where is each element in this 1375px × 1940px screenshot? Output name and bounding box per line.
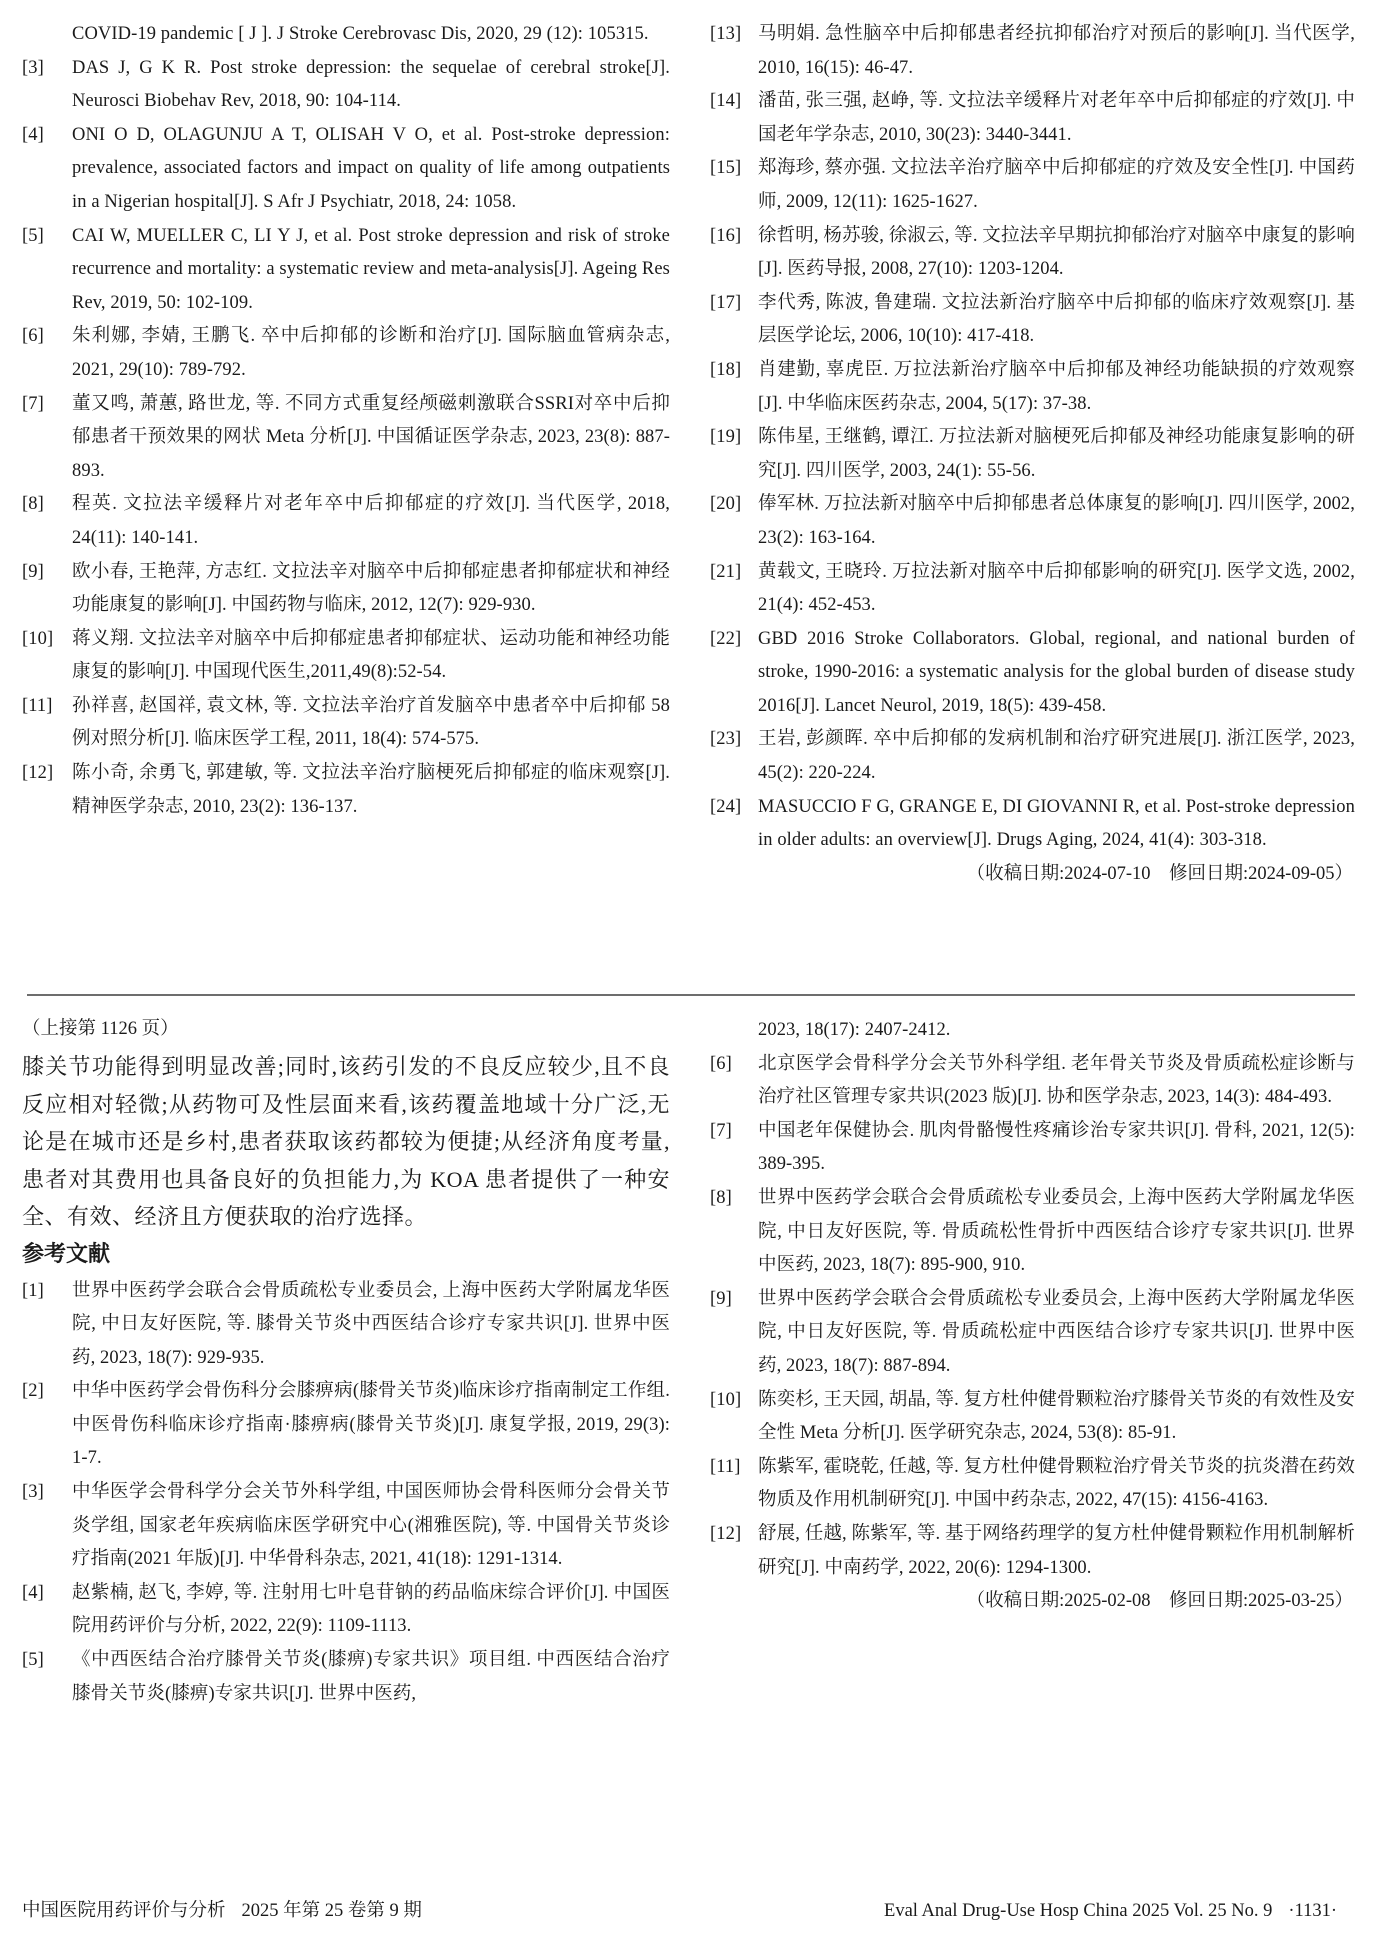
top-left-column: COVID-19 pandemic [ J ]. J Stroke Cerebr… — [22, 18, 670, 824]
reference-text: GBD 2016 Stroke Collaborators. Global, r… — [758, 629, 1355, 716]
reference-item: [8]程英. 文拉法辛缓释片对老年卒中后抑郁症的疗效[J]. 当代医学, 201… — [22, 488, 670, 555]
reference-number: [17] — [710, 287, 760, 321]
reference-text: 蒋义翔. 文拉法辛对脑卒中后抑郁症患者抑郁症状、运动功能和神经功能康复的影响[J… — [72, 629, 670, 683]
reference-text: 中华医学会骨科学分会关节外科学组, 中国医师协会骨科医师分会骨关节炎学组, 国家… — [72, 1482, 670, 1569]
reference-number: [5] — [22, 1644, 72, 1678]
reference-item: [9]世界中医药学会联合会骨质疏松专业委员会, 上海中医药大学附属龙华医院, 中… — [710, 1283, 1355, 1384]
reference-item: [19]陈伟星, 王继鹤, 谭江. 万拉法新对脑梗死后抑郁及神经功能康复影响的研… — [710, 421, 1355, 488]
reference-number: [11] — [710, 1451, 760, 1485]
reference-text: 俸军林. 万拉法新对脑卒中后抑郁患者总体康复的影响[J]. 四川医学, 2002… — [758, 494, 1355, 548]
reference-item: [6]朱利娜, 李婧, 王鹏飞. 卒中后抑郁的诊断和治疗[J]. 国际脑血管病杂… — [22, 320, 670, 387]
reference-number: [7] — [710, 1115, 760, 1149]
reference-text: 世界中医药学会联合会骨质疏松专业委员会, 上海中医药大学附属龙华医院, 中日友好… — [72, 1281, 670, 1368]
reference-number: [21] — [710, 556, 760, 590]
reference-item: [6]北京医学会骨科学分会关节外科学组. 老年骨关节炎及骨质疏松症诊断与治疗社区… — [710, 1048, 1355, 1115]
reference-item: [10]蒋义翔. 文拉法辛对脑卒中后抑郁症患者抑郁症状、运动功能和神经功能康复的… — [22, 623, 670, 690]
reference-number: [9] — [710, 1283, 760, 1317]
reference-text: 《中西医结合治疗膝骨关节炎(膝痹)专家共识》项目组. 中西医结合治疗膝骨关节炎(… — [72, 1650, 670, 1704]
reference-number: [11] — [22, 690, 72, 724]
reference-item: [7]董又鸣, 萧蕙, 路世龙, 等. 不同方式重复经颅磁刺激联合SSRI对卒中… — [22, 388, 670, 489]
bottom-left-column: （上接第 1126 页） 膝关节功能得到明显改善;同时,该药引发的不良反应较少,… — [22, 1014, 670, 1711]
reference-item: [8]世界中医药学会联合会骨质疏松专业委员会, 上海中医药大学附属龙华医院, 中… — [710, 1182, 1355, 1283]
reference-number: [10] — [710, 1384, 760, 1418]
reference-item: [20]俸军林. 万拉法新对脑卒中后抑郁患者总体康复的影响[J]. 四川医学, … — [710, 488, 1355, 555]
reference-item: [16]徐哲明, 杨苏骏, 徐淑云, 等. 文拉法辛早期抗抑郁治疗对脑卒中康复的… — [710, 220, 1355, 287]
reference-text: COVID-19 pandemic [ J ]. J Stroke Cerebr… — [72, 24, 649, 44]
journal-name-en: Eval Anal Drug-Use Hosp China 2025 Vol. … — [884, 1901, 1272, 1921]
reference-item: [1]世界中医药学会联合会骨质疏松专业委员会, 上海中医药大学附属龙华医院, 中… — [22, 1275, 670, 1376]
received-date-note: （收稿日期:2025-02-08 修回日期:2025-03-25） — [710, 1585, 1355, 1619]
reference-text: 陈伟星, 王继鹤, 谭江. 万拉法新对脑梗死后抑郁及神经功能康复影响的研究[J]… — [758, 427, 1355, 481]
reference-item: [18]肖建勤, 辜虎臣. 万拉法新治疗脑卒中后抑郁及神经功能缺损的疗效观察[J… — [710, 354, 1355, 421]
reference-number: [8] — [22, 488, 72, 522]
reference-number: [6] — [22, 320, 72, 354]
reference-text: 赵紫楠, 赵飞, 李婷, 等. 注射用七叶皂苷钠的药品临床综合评价[J]. 中国… — [72, 1583, 670, 1637]
reference-item: [17]李代秀, 陈波, 鲁建瑞. 文拉法新治疗脑卒中后抑郁的临床疗效观察[J]… — [710, 287, 1355, 354]
reference-number: [22] — [710, 623, 760, 657]
reference-number: [9] — [22, 556, 72, 590]
bottom-right-column: 2023, 18(17): 2407-2412. [6]北京医学会骨科学分会关节… — [710, 1014, 1355, 1619]
reference-text: 陈紫军, 霍晓乾, 任越, 等. 复方杜仲健骨颗粒治疗骨关节炎的抗炎潜在药效物质… — [758, 1457, 1355, 1511]
reference-item: [4]ONI O D, OLAGUNJU A T, OLISAH V O, et… — [22, 119, 670, 220]
reference-number: [24] — [710, 791, 760, 825]
reference-text: 陈小奇, 余勇飞, 郭建敏, 等. 文拉法辛治疗脑梗死后抑郁症的临床观察[J].… — [72, 763, 670, 817]
reference-number: [15] — [710, 152, 760, 186]
reference-text: 舒展, 任越, 陈紫军, 等. 基于网络药理学的复方杜仲健骨颗粒作用机制解析研究… — [758, 1524, 1355, 1578]
reference-number: [14] — [710, 85, 760, 119]
reference-text: 北京医学会骨科学分会关节外科学组. 老年骨关节炎及骨质疏松症诊断与治疗社区管理专… — [758, 1054, 1355, 1108]
reference-item: [22]GBD 2016 Stroke Collaborators. Globa… — [710, 623, 1355, 724]
footer-journal-cn: 中国医院用药评价与分析2025 年第 25 卷第 9 期 — [22, 1898, 422, 1924]
reference-number: [3] — [22, 52, 72, 86]
reference-text: 中国老年保健协会. 肌肉骨骼慢性疼痛诊治专家共识[J]. 骨科, 2021, 1… — [758, 1121, 1355, 1175]
reference-number: [4] — [22, 1577, 72, 1611]
reference-number: [1] — [22, 1275, 72, 1309]
reference-item: [2]中华中医药学会骨伤科分会膝痹病(膝骨关节炎)临床诊疗指南制定工作组. 中医… — [22, 1375, 670, 1476]
reference-item: [11]陈紫军, 霍晓乾, 任越, 等. 复方杜仲健骨颗粒治疗骨关节炎的抗炎潜在… — [710, 1451, 1355, 1518]
reference-item: [24]MASUCCIO F G, GRANGE E, DI GIOVANNI … — [710, 791, 1355, 858]
reference-continued: COVID-19 pandemic [ J ]. J Stroke Cerebr… — [22, 18, 670, 52]
issue-info-cn: 2025 年第 25 卷第 9 期 — [242, 1901, 422, 1921]
reference-number: [5] — [22, 220, 72, 254]
reference-item: [10]陈奕杉, 王天园, 胡晶, 等. 复方杜仲健骨颗粒治疗膝骨关节炎的有效性… — [710, 1384, 1355, 1451]
footer-journal-en: Eval Anal Drug-Use Hosp China 2025 Vol. … — [884, 1898, 1337, 1924]
journal-name-cn: 中国医院用药评价与分析 — [22, 1901, 226, 1921]
reference-text: 世界中医药学会联合会骨质疏松专业委员会, 上海中医药大学附属龙华医院, 中日友好… — [758, 1188, 1355, 1275]
reference-text: 潘苗, 张三强, 赵峥, 等. 文拉法辛缓释片对老年卒中后抑郁症的疗效[J]. … — [758, 91, 1355, 145]
reference-text: 马明娟. 急性脑卒中后抑郁患者经抗抑郁治疗对预后的影响[J]. 当代医学, 20… — [758, 24, 1355, 78]
reference-text: 肖建勤, 辜虎臣. 万拉法新治疗脑卒中后抑郁及神经功能缺损的疗效观察[J]. 中… — [758, 360, 1355, 414]
reference-text: 董又鸣, 萧蕙, 路世龙, 等. 不同方式重复经颅磁刺激联合SSRI对卒中后抑郁… — [72, 394, 670, 481]
reference-item: [14]潘苗, 张三强, 赵峥, 等. 文拉法辛缓释片对老年卒中后抑郁症的疗效[… — [710, 85, 1355, 152]
reference-text: 朱利娜, 李婧, 王鹏飞. 卒中后抑郁的诊断和治疗[J]. 国际脑血管病杂志, … — [72, 326, 670, 380]
reference-text: 徐哲明, 杨苏骏, 徐淑云, 等. 文拉法辛早期抗抑郁治疗对脑卒中康复的影响[J… — [758, 226, 1355, 280]
reference-number: [2] — [22, 1375, 72, 1409]
reference-item: [11]孙祥喜, 赵国祥, 袁文林, 等. 文拉法辛治疗首发脑卒中患者卒中后抑郁… — [22, 690, 670, 757]
reference-number: [4] — [22, 119, 72, 153]
reference-number: [16] — [710, 220, 760, 254]
page-number: ·1131· — [1288, 1901, 1337, 1921]
reference-item: [15]郑海珍, 蔡亦强. 文拉法辛治疗脑卒中后抑郁症的疗效及安全性[J]. 中… — [710, 152, 1355, 219]
reference-number: [6] — [710, 1048, 760, 1082]
reference-number: [3] — [22, 1476, 72, 1510]
reference-text: ONI O D, OLAGUNJU A T, OLISAH V O, et al… — [72, 125, 670, 212]
reference-text: 郑海珍, 蔡亦强. 文拉法辛治疗脑卒中后抑郁症的疗效及安全性[J]. 中国药师,… — [758, 158, 1355, 212]
reference-number: [12] — [710, 1518, 760, 1552]
top-right-column: [13]马明娟. 急性脑卒中后抑郁患者经抗抑郁治疗对预后的影响[J]. 当代医学… — [710, 18, 1355, 891]
reference-text: DAS J, G K R. Post stroke depression: th… — [72, 58, 670, 112]
reference-item: [9]欧小春, 王艳萍, 方志红. 文拉法辛对脑卒中后抑郁症患者抑郁症状和神经功… — [22, 556, 670, 623]
reference-number: [12] — [22, 757, 72, 791]
reference-number: [20] — [710, 488, 760, 522]
reference-number: [7] — [22, 388, 72, 422]
received-date-note: （收稿日期:2024-07-10 修回日期:2024-09-05） — [710, 858, 1355, 892]
reference-number: [13] — [710, 18, 760, 52]
reference-text: MASUCCIO F G, GRANGE E, DI GIOVANNI R, e… — [758, 797, 1355, 851]
reference-item: [3]DAS J, G K R. Post stroke depression:… — [22, 52, 670, 119]
section-divider — [27, 994, 1355, 996]
reference-number: [23] — [710, 723, 760, 757]
reference-item: [4]赵紫楠, 赵飞, 李婷, 等. 注射用七叶皂苷钠的药品临床综合评价[J].… — [22, 1577, 670, 1644]
references-heading: 参考文献 — [22, 1238, 670, 1272]
reference-item: [7]中国老年保健协会. 肌肉骨骼慢性疼痛诊治专家共识[J]. 骨科, 2021… — [710, 1115, 1355, 1182]
reference-text: 黄载文, 王晓玲. 万拉法新对脑卒中后抑郁影响的研究[J]. 医学文选, 200… — [758, 562, 1355, 616]
reference-text: 欧小春, 王艳萍, 方志红. 文拉法辛对脑卒中后抑郁症患者抑郁症状和神经功能康复… — [72, 562, 670, 616]
reference-text: 王岩, 彭颜晖. 卒中后抑郁的发病机制和治疗研究进展[J]. 浙江医学, 202… — [758, 729, 1355, 783]
reference-number: [18] — [710, 354, 760, 388]
reference-item: [12]舒展, 任越, 陈紫军, 等. 基于网络药理学的复方杜仲健骨颗粒作用机制… — [710, 1518, 1355, 1585]
body-paragraph: 膝关节功能得到明显改善;同时,该药引发的不良反应较少,且不良反应相对轻微;从药物… — [22, 1048, 670, 1236]
reference-text: CAI W, MUELLER C, LI Y J, et al. Post st… — [72, 226, 670, 313]
reference-text: 李代秀, 陈波, 鲁建瑞. 文拉法新治疗脑卒中后抑郁的临床疗效观察[J]. 基层… — [758, 293, 1355, 347]
reference-text: 程英. 文拉法辛缓释片对老年卒中后抑郁症的疗效[J]. 当代医学, 2018, … — [72, 494, 670, 548]
reference-text: 陈奕杉, 王天园, 胡晶, 等. 复方杜仲健骨颗粒治疗膝骨关节炎的有效性及安全性… — [758, 1390, 1355, 1444]
continued-from-note: （上接第 1126 页） — [22, 1014, 670, 1044]
reference-text: 中华中医药学会骨伤科分会膝痹病(膝骨关节炎)临床诊疗指南制定工作组. 中医骨伤科… — [72, 1381, 670, 1468]
reference-number: [8] — [710, 1182, 760, 1216]
reference-item: [12]陈小奇, 余勇飞, 郭建敏, 等. 文拉法辛治疗脑梗死后抑郁症的临床观察… — [22, 757, 670, 824]
reference-item: [5]《中西医结合治疗膝骨关节炎(膝痹)专家共识》项目组. 中西医结合治疗膝骨关… — [22, 1644, 670, 1711]
reference-item: [21]黄载文, 王晓玲. 万拉法新对脑卒中后抑郁影响的研究[J]. 医学文选,… — [710, 556, 1355, 623]
reference-item: [5]CAI W, MUELLER C, LI Y J, et al. Post… — [22, 220, 670, 321]
reference-continued: 2023, 18(17): 2407-2412. — [710, 1014, 1355, 1048]
reference-item: [23]王岩, 彭颜晖. 卒中后抑郁的发病机制和治疗研究进展[J]. 浙江医学,… — [710, 723, 1355, 790]
reference-text: 2023, 18(17): 2407-2412. — [758, 1020, 951, 1040]
reference-number: [19] — [710, 421, 760, 455]
reference-text: 世界中医药学会联合会骨质疏松专业委员会, 上海中医药大学附属龙华医院, 中日友好… — [758, 1289, 1355, 1376]
reference-number: [10] — [22, 623, 72, 657]
reference-item: [13]马明娟. 急性脑卒中后抑郁患者经抗抑郁治疗对预后的影响[J]. 当代医学… — [710, 18, 1355, 85]
reference-item: [3]中华医学会骨科学分会关节外科学组, 中国医师协会骨科医师分会骨关节炎学组,… — [22, 1476, 670, 1577]
reference-text: 孙祥喜, 赵国祥, 袁文林, 等. 文拉法辛治疗首发脑卒中患者卒中后抑郁 58 … — [72, 696, 670, 750]
